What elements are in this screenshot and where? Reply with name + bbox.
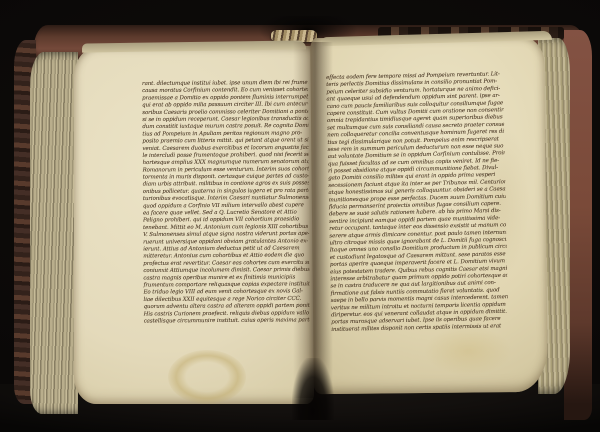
manuscript-line: castellisque circummunire instituit. cui… (144, 316, 310, 324)
left-page-text: rant. dilectumque institui iubet. ipse u… (142, 79, 310, 326)
parchment-stain-right (424, 326, 512, 376)
manuscript-photo: rant. dilectumque institui iubet. ipse u… (0, 0, 600, 432)
gutter-bottom-shadow (292, 358, 334, 420)
parchment-stain-left (168, 350, 246, 404)
right-page-text: effecta eodem fere tempore missi ad Pomp… (326, 70, 508, 335)
left-leaf-stack (30, 52, 78, 414)
